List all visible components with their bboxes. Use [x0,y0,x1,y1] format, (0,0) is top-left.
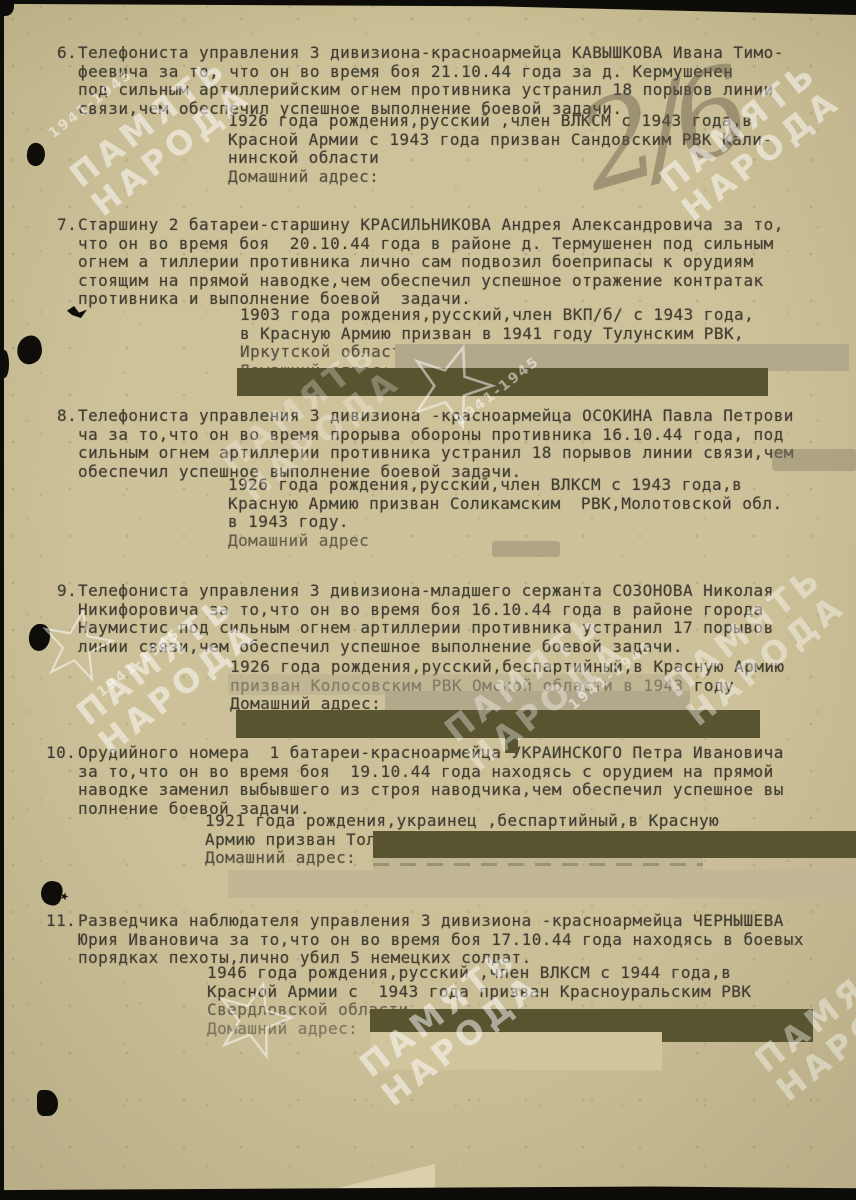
text-line: Телефониста управления 3 дивизиона -крас… [78,407,794,426]
scan-edge-left [0,0,4,1200]
item-number: 6. [57,44,77,63]
ink-blot [14,334,44,367]
ink-blot [25,142,46,167]
text-line: Разведчика наблюдателя управления 3 диви… [78,912,804,931]
text-line: 1926 года рождения,русский,член ВЛКСМ с … [228,476,783,495]
redaction-bar [373,831,856,858]
text-line: 1903 года рождения,русский,член ВКП/б/ с… [240,306,754,325]
stain [772,449,856,471]
text-line: огнем а тиллерии противника лично сам по… [78,253,784,272]
text-line: Никифоровича за то,что он во время боя 1… [78,601,774,620]
item-number: 11. [46,912,76,931]
text-line: в 1943 году. [228,513,783,532]
redaction-bar [237,368,768,396]
text-line: Орудийного номера 1 батареи-красноармейц… [78,744,784,763]
scan-edge-corner [0,0,14,16]
text-line: Красную Армию призван Соликамским РВК,Мо… [228,495,783,514]
scan-edge-top [0,0,856,15]
punch-hole [37,1090,58,1116]
item-number: 10. [46,744,76,763]
redaction-bar [370,1032,662,1070]
paper-fold [330,1164,435,1190]
scanned-document-page: 6. Телефониста управления 3 дивизиона-кр… [0,0,856,1200]
item-number: 9. [57,582,77,601]
stain [492,541,560,557]
item-number: 8. [57,407,77,426]
text-line: 1946 года рождения,русский ,член ВЛКСМ с… [207,964,751,983]
redaction-bar [228,870,856,898]
text-line: Красной Армии с 1943 года призван Красно… [207,983,751,1002]
ink-blot [28,623,51,652]
redaction-bar [660,1031,813,1042]
text-line: Наумистис под сильным огнем артиллерии п… [78,619,774,638]
text-line: Юрия Ивановича за то,что он во время боя… [78,931,804,950]
redaction-bar [505,735,518,753]
text-line: в Красную Армию призван в 1941 году Тулу… [240,325,754,344]
text-line: наводке заменил выбывшего из строя навод… [78,781,784,800]
text-line: ча за то,что он во время прорыва обороны… [78,426,794,445]
text-line: стоящим на прямой наводке,чем обеспечил … [78,272,784,291]
text-line: сильным огнем артиллерии противника устр… [78,444,794,463]
text-line: Старшину 2 батареи-старшину КРАСИЛЬНИКОВ… [78,216,784,235]
text-line: за то,что он во время боя 19.10.44 года … [78,763,784,782]
redaction-bar [236,710,760,738]
text-line: что он во время боя 20.10.44 года в райо… [78,235,784,254]
text-line: Телефониста управления 3 дивизиона-младш… [78,582,774,601]
text-line: линии связи,чем обеспечил успешное выпол… [78,638,774,657]
redaction-bar [395,344,849,371]
item-number: 7. [57,216,77,235]
text-line: 1921 года рождения,украинец ,беспартийны… [205,812,760,831]
